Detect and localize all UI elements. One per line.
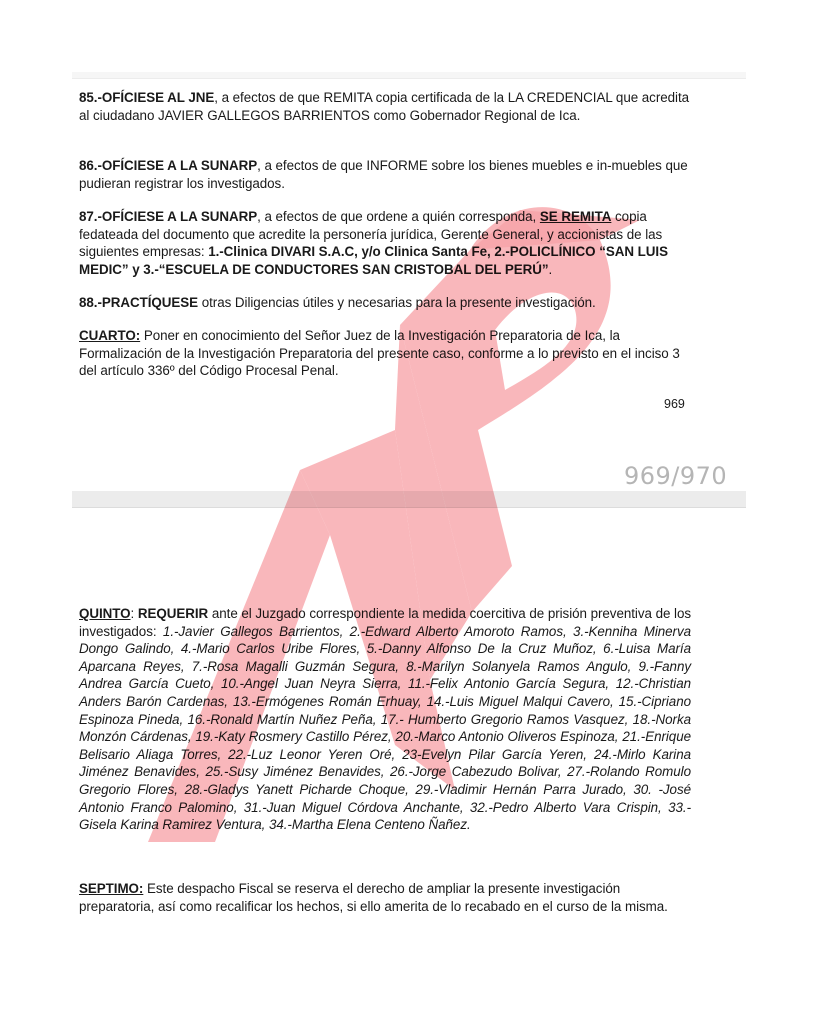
quinto-colon: : — [131, 606, 138, 621]
paragraph-88-text: otras Diligencias útiles y necesarias pa… — [198, 295, 596, 310]
paragraph-85-heading: 85.-OFÍCIESE AL JNE — [79, 90, 214, 105]
paragraph-quinto: QUINTO: REQUERIR ante el Juzgado corresp… — [79, 605, 691, 834]
investigados-list: 1.-Javier Gallegos Barrientos, 2.-Edward… — [79, 624, 691, 833]
cuarto-heading: CUARTO: — [79, 328, 140, 343]
paragraph-87-heading: 87.-OFÍCIESE A LA SUNARP — [79, 209, 257, 224]
paragraph-87-end: . — [549, 262, 553, 277]
page-number: 969 — [664, 397, 685, 411]
paragraph-88-heading: 88.-PRACTÍQUESE — [79, 295, 198, 310]
quinto-heading: QUINTO — [79, 606, 131, 621]
quinto-action: REQUERIR — [138, 606, 208, 621]
paragraph-87-text: , a efectos de que ordene a quién corres… — [257, 209, 540, 224]
cuarto-text: Poner en conocimiento del Señor Juez de … — [79, 328, 680, 378]
anp-watermark-logo — [0, 0, 819, 1024]
paragraph-87: 87.-OFÍCIESE A LA SUNARP, a efectos de q… — [79, 208, 691, 278]
paragraph-87-underlined: SE REMITA — [540, 209, 611, 224]
paragraph-86-heading: 86.-OFÍCIESE A LA SUNARP — [79, 158, 257, 173]
page-counter: 969/970 — [624, 462, 727, 490]
paragraph-septimo: SEPTIMO: Este despacho Fiscal se reserva… — [79, 880, 691, 915]
paragraph-cuarto: CUARTO: Poner en conocimiento del Señor … — [79, 327, 691, 380]
paragraph-88: 88.-PRACTÍQUESE otras Diligencias útiles… — [79, 294, 691, 312]
paragraph-86: 86.-OFÍCIESE A LA SUNARP, a efectos de q… — [79, 157, 691, 192]
page-break — [72, 491, 746, 508]
paragraph-85: 85.-OFÍCIESE AL JNE, a efectos de que RE… — [79, 89, 691, 124]
septimo-text: Este despacho Fiscal se reserva el derec… — [79, 881, 668, 914]
septimo-heading: SEPTIMO: — [79, 881, 143, 896]
page-top-edge — [72, 72, 746, 79]
